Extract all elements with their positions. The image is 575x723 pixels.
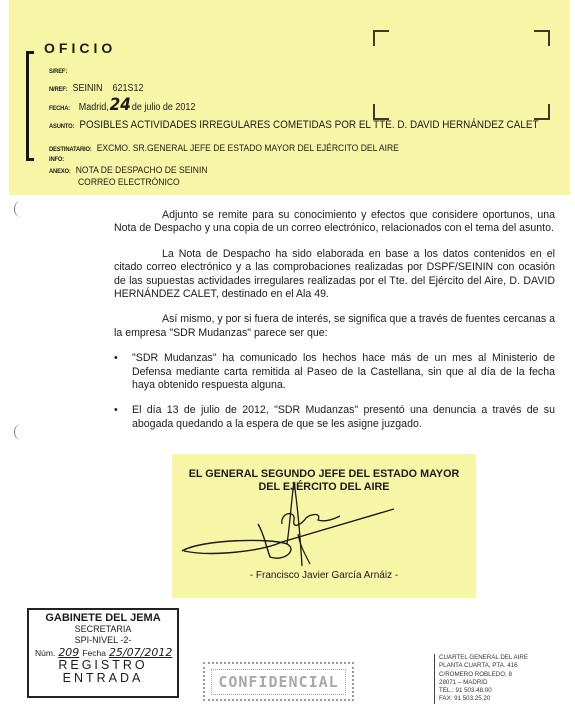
nref-value: SEININ 621S12 [72, 83, 143, 94]
address-line: CUARTEL GENERAL DEL AIRE [439, 654, 528, 662]
punch-hole-mark [14, 424, 27, 440]
body-paragraph: Así mismo, y por si fuera de interés, se… [114, 313, 555, 340]
destinatario-field: DESTINATARIO: EXCMO. SR.GENERAL JEFE DE … [49, 143, 399, 154]
anexo-item: NOTA DE DESPACHO DE SEININ [76, 165, 208, 176]
fecha-suffix: de julio de 2012 [132, 102, 196, 113]
address-line: C/ROMERO ROBLEDO, 8 [439, 671, 528, 679]
fecha-prefix: Madrid, [79, 102, 109, 113]
bullet-item: • El día 13 de julio de 2012, "SDR Mudan… [114, 404, 555, 431]
sender-address: CUARTEL GENERAL DEL AIRE PLANTA CUARTA, … [434, 654, 528, 704]
body-paragraph: Adjunto se remite para su conocimiento y… [114, 209, 555, 236]
stamp-fecha-label: Fecha [82, 648, 106, 658]
bullet-text: El día 13 de julio de 2012, "SDR Mudanza… [132, 404, 555, 429]
stamp-num-label: Núm. [35, 648, 55, 658]
sref-field: S/REF: [49, 65, 70, 76]
bullet-item: • "SDR Mudanzas" ha comunicado los hecho… [114, 352, 555, 392]
document-title: OFICIO [44, 40, 116, 56]
address-line: TEL.: 91 503.48.00 [439, 687, 528, 695]
stamp-title: GABINETE DEL JEMA [29, 613, 177, 624]
sref-label: S/REF: [49, 68, 67, 75]
bullet-icon: • [114, 352, 118, 365]
signature-block: EL GENERAL SEGUNDO JEFE DEL ESTADO MAYOR… [172, 454, 476, 598]
info-field: INFO: [49, 153, 67, 164]
signatory-name: - Francisco Javier García Arnáiz - [172, 570, 476, 581]
registro-entrada-stamp: GABINETE DEL JEMA SECRETARIA SPI-NIVEL -… [27, 608, 179, 698]
address-window-corner [373, 104, 389, 120]
punch-hole-mark [14, 201, 27, 217]
nref-field: N/REF: SEININ 621S12 [49, 83, 144, 94]
destinatario-label: DESTINATARIO: [49, 146, 92, 153]
confidencial-text: CONFIDENCIAL [211, 669, 345, 695]
stamp-line: SPI-NIVEL -2- [29, 635, 177, 646]
fecha-field: FECHA: Madrid,24de julio de 2012 [49, 95, 195, 115]
address-window-corner [534, 104, 550, 120]
bullet-icon: • [114, 404, 118, 417]
anexo-label: ANEXO: [49, 168, 71, 175]
fecha-label: FECHA: [49, 105, 70, 112]
stamp-line: ENTRADA [29, 672, 177, 685]
nref-label: N/REF: [49, 86, 67, 93]
bullet-text: "SDR Mudanzas" ha comunicado los hechos … [132, 352, 555, 391]
address-window-corner [534, 30, 550, 46]
fecha-day-handwritten: 24 [110, 95, 131, 115]
asunto-value: POSIBLES ACTIVIDADES IRREGULARES COMETID… [79, 119, 538, 131]
letter-body: Adjunto se remite para su conocimiento y… [114, 209, 555, 443]
bullet-list: • "SDR Mudanzas" ha comunicado los hecho… [114, 352, 555, 431]
address-line: PLANTA CUARTA, PTA. 416 [439, 662, 528, 670]
anexo-item: CORREO ELECTRÓNICO [78, 177, 180, 188]
destinatario-value: EXCMO. SR.GENERAL JEFE DE ESTADO MAYOR D… [97, 143, 399, 154]
asunto-field: ASUNTO: POSIBLES ACTIVIDADES IRREGULARES… [49, 119, 539, 131]
anexo-field: ANEXO: NOTA DE DESPACHO DE SEININ [49, 165, 208, 176]
info-label: INFO: [49, 156, 64, 163]
header-bracket [26, 51, 34, 161]
address-window-corner [373, 30, 389, 46]
body-paragraph: La Nota de Despacho ha sido elaborada en… [114, 248, 555, 302]
address-line: FAX: 91 503.25.20 [439, 695, 528, 703]
anexo-field-2: CORREO ELECTRÓNICO [78, 177, 180, 188]
address-line: 28071 – MADRID [439, 679, 528, 687]
asunto-label: ASUNTO: [49, 123, 74, 130]
stamp-line: SECRETARIA [29, 624, 177, 635]
confidencial-stamp: CONFIDENCIAL [203, 662, 354, 701]
